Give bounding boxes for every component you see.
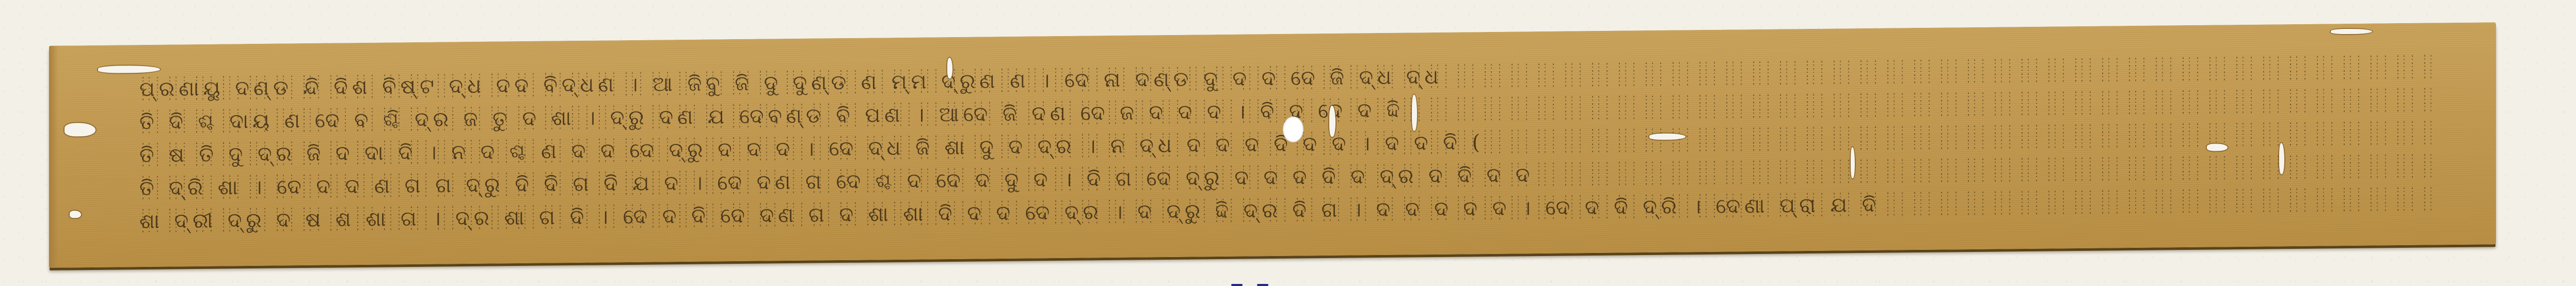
insect-damage (98, 66, 160, 73)
insect-damage (70, 211, 81, 218)
insect-damage (2207, 144, 2228, 151)
blue-ink-mark (1231, 284, 1243, 286)
string-hole (1283, 116, 1303, 142)
insect-damage (2331, 29, 2372, 35)
manuscript-text-block: ପ୍ରଣାୟୁ ଦଣ୍ଡ ନ୍ଦି ଦିଶ ବିଷ୍ଟ ଦ୍ଧ ଦଦ ବିଦ୍ଧ… (139, 55, 2434, 234)
insect-damage (947, 58, 952, 78)
leaf-left-edge (49, 46, 58, 268)
palm-leaf-folio: ପ୍ରଣାୟୁ ଦଣ୍ଡ ନ୍ଦି ଦିଶ ବିଷ୍ଟ ଦ୍ଧ ଦଦ ବିଦ୍ଧ… (49, 22, 2496, 268)
blue-ink-mark (1257, 284, 1268, 286)
insect-damage (65, 123, 96, 137)
